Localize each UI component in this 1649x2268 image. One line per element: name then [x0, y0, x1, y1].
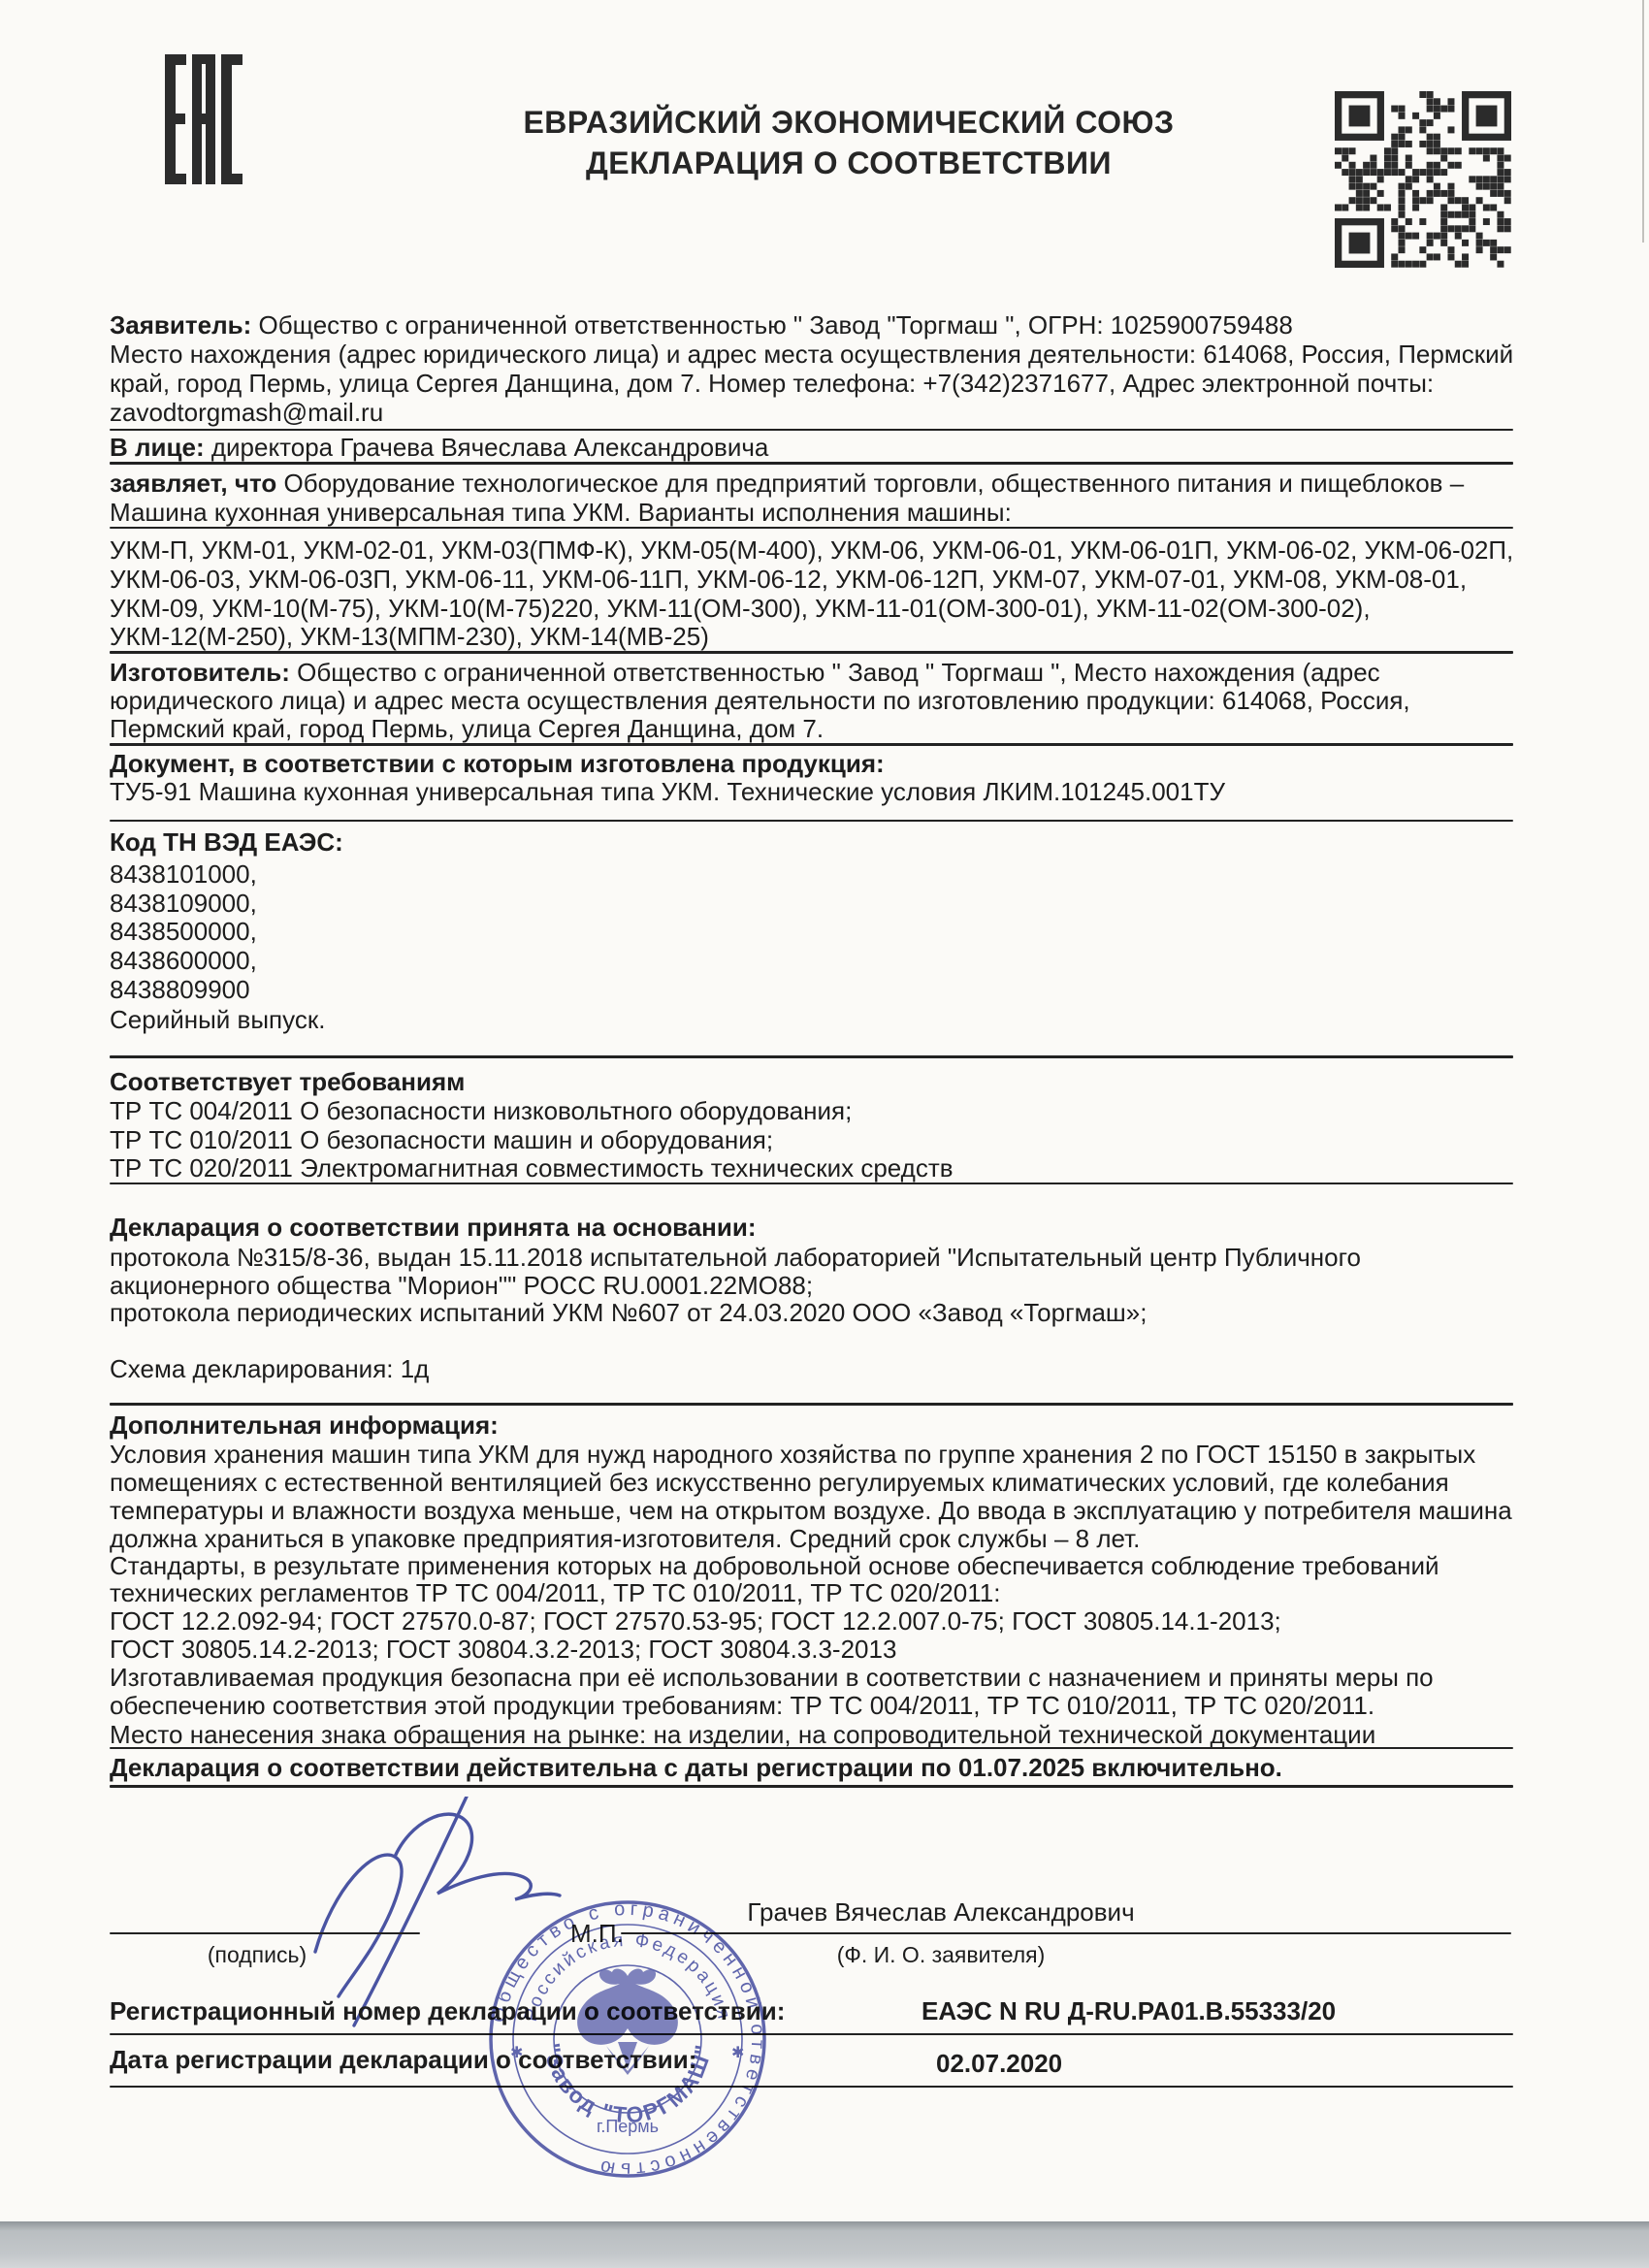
additional-line: должна храниться в упаковке предприятия-…: [110, 1524, 1513, 1554]
variants-line: УКМ-П, УКМ-01, УКМ-02-01, УКМ-03(ПМФ-К),…: [110, 535, 1507, 566]
variants-line: УКМ-06-03, УКМ-06-03П, УКМ-06-11, УКМ-06…: [110, 565, 1513, 595]
compliance-item: ТР ТС 004/2011 О безопасности низковольт…: [110, 1096, 1513, 1126]
additional-line: обеспечению соответствия этой продукции …: [110, 1691, 1513, 1721]
manufacturer-line-2: юридического лица) и адрес места осущест…: [110, 686, 1513, 716]
stamp-star-left: ✱: [510, 2045, 523, 2061]
company-round-stamp: Общество с ограниченной ответственностью…: [485, 1896, 770, 2182]
applicant-line-3: край, город Пермь, улица Сергея Данщина,…: [110, 369, 1513, 399]
tnved-code: 8438109000,: [110, 889, 1513, 919]
marking-place-line: Место нанесения знака обращения на рынке…: [110, 1720, 1513, 1750]
additional-line: ГОСТ 30805.14.2-2013; ГОСТ 30804.3.2-201…: [110, 1635, 1513, 1665]
compliance-label: Соответствует требованиям: [110, 1067, 1513, 1097]
applicant-person-line: В лице: директора Грачева Вячеслава Алек…: [110, 433, 1513, 463]
eac-logo: [165, 54, 242, 184]
variants-line: УКМ-12(М-250), УКМ-13(МПМ-230), УКМ-14(М…: [110, 622, 1513, 652]
applicant-line-1: Заявитель: Общество с ограниченной ответ…: [110, 310, 1513, 340]
additional-line: Стандарты, в результате применения котор…: [110, 1551, 1513, 1581]
manufacturer-label: Изготовитель:: [110, 658, 290, 687]
divider: [110, 527, 1513, 529]
declares-line-1: заявляет, что Оборудование технологическ…: [110, 469, 1513, 499]
registration-date-value: 02.07.2020: [936, 2049, 1324, 2079]
applicant-line-2: Место нахождения (адрес юридического лиц…: [110, 340, 1513, 370]
divider: [110, 1747, 1513, 1749]
divider: [110, 1785, 1513, 1788]
manufacturer-line-3: Пермский край, город Пермь, улица Сергея…: [110, 714, 1513, 744]
validity-line: Декларация о соответствии действительна …: [110, 1753, 1513, 1783]
divider: [110, 2033, 1513, 2035]
additional-line: помещениях с естественной вентиляцией бе…: [110, 1468, 1513, 1498]
double-headed-eagle-icon: [577, 1969, 678, 2075]
signature-caption: (подпись): [155, 1942, 359, 1968]
declaration-document: ЕВРАЗИЙСКИЙ ЭКОНОМИЧЕСКИЙ СОЮЗ ДЕКЛАРАЦИ…: [0, 0, 1649, 2268]
tnved-label: Код ТН ВЭД ЕАЭС:: [110, 827, 1513, 858]
divider: [110, 2086, 1513, 2088]
tnved-code: 8438809900: [110, 975, 1513, 1005]
additional-line: технических регламентов ТР ТС 004/2011, …: [110, 1578, 1513, 1608]
in-person-label: В лице:: [110, 433, 205, 462]
scan-bottom-band: [0, 2221, 1649, 2268]
divider: [110, 1055, 1513, 1058]
tnved-code: 8438101000,: [110, 859, 1513, 890]
applicant-line-4: zavodtorgmash@mail.ru: [110, 398, 1513, 428]
production-doc-text: ТУ5-91 Машина кухонная универсальная тип…: [110, 777, 1513, 807]
basis-label: Декларация о соответствии принята на осн…: [110, 1213, 1513, 1243]
divider: [110, 820, 1513, 822]
applicant-label: Заявитель:: [110, 310, 251, 340]
divider: [110, 1183, 1513, 1184]
additional-label: Дополнительная информация:: [110, 1410, 1513, 1441]
declares-line-2: Машина кухонная универсальная типа УКМ. …: [110, 498, 1513, 528]
title-line-2: ДЕКЛАРАЦИЯ О СООТВЕТСТВИИ: [403, 146, 1295, 181]
page-edge-artifact: [1642, 0, 1644, 243]
tnved-code: 8438600000,: [110, 946, 1513, 976]
additional-line: ГОСТ 12.2.092-94; ГОСТ 27570.0-87; ГОСТ …: [110, 1606, 1513, 1636]
divider: [110, 743, 1513, 746]
basis-line-1: протокола №315/8-36, выдан 15.11.2018 ис…: [110, 1243, 1513, 1273]
tnved-code: 8438500000,: [110, 917, 1513, 947]
divider: [110, 651, 1513, 654]
additional-line: температуры и влажности воздуха меньше, …: [110, 1496, 1513, 1526]
declaration-scheme: Схема декларирования: 1д: [110, 1354, 1513, 1384]
basis-line-3: протокола периодических испытаний УКМ №6…: [110, 1298, 1513, 1328]
additional-line: Условия хранения машин типа УКМ для нужд…: [110, 1440, 1513, 1470]
divider: [110, 462, 1513, 465]
title-line-1: ЕВРАЗИЙСКИЙ ЭКОНОМИЧЕСКИЙ СОЮЗ: [403, 105, 1295, 141]
divider: [110, 1403, 1513, 1406]
qr-code: [1335, 91, 1511, 268]
variants-line: УКМ-09, УКМ-10(М-75), УКМ-10(М-75)220, У…: [110, 594, 1513, 624]
tnved-serial: Серийный выпуск.: [110, 1005, 1513, 1035]
compliance-item: ТР ТС 020/2011 Электромагнитная совмести…: [110, 1153, 1513, 1183]
declares-label: заявляет, что: [110, 469, 276, 498]
signature-line: [110, 1932, 420, 1934]
manufacturer-line-1: Изготовитель: Общество с ограниченной от…: [110, 658, 1513, 688]
compliance-item: ТР ТС 010/2011 О безопасности машин и об…: [110, 1125, 1513, 1155]
stamp-city-text: г.Пермь: [597, 2117, 659, 2136]
basis-line-2: акционерного общества "Морион"" РОСС RU.…: [110, 1271, 1513, 1301]
stamp-star-right: ✱: [731, 2045, 744, 2061]
additional-line: Изготавливаемая продукция безопасна при …: [110, 1663, 1513, 1693]
registration-number-value: ЕАЭС N RU Д-RU.РА01.В.55333/20: [921, 1996, 1503, 2026]
divider: [110, 429, 1513, 431]
production-doc-label: Документ, в соответствии с которым изгот…: [110, 749, 1513, 779]
